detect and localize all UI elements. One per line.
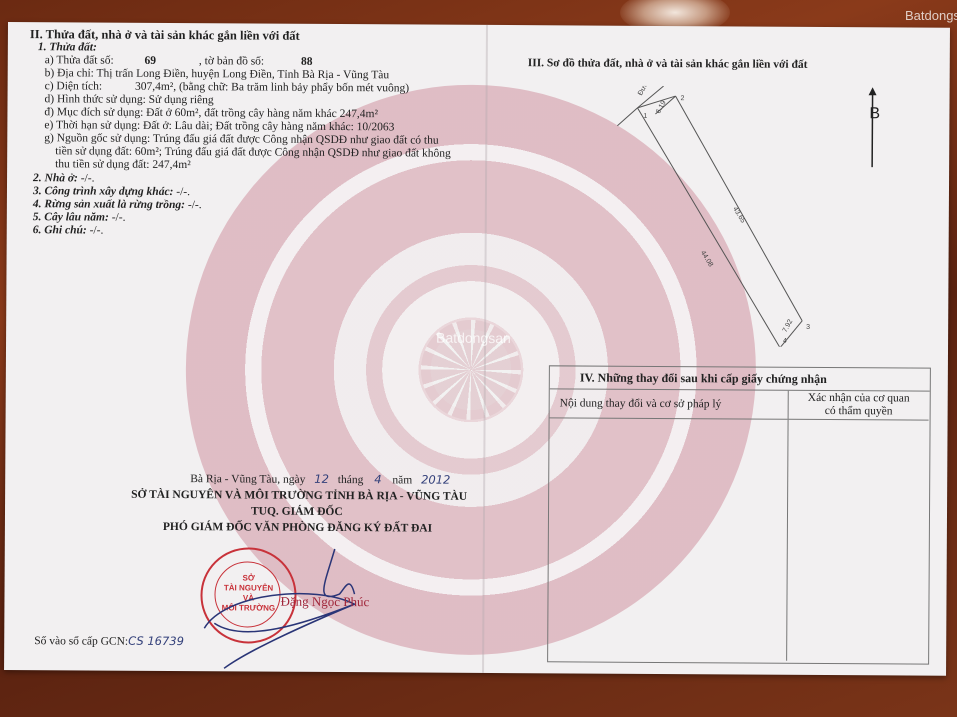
day-value: 12 — [314, 472, 329, 486]
point-3: 3 — [806, 324, 810, 331]
signer-position: PHÓ GIÁM ĐỐC VĂN PHÒNG ĐĂNG KÝ ĐẤT ĐAI — [163, 521, 432, 536]
point-4: 4 — [783, 338, 787, 345]
area-label: c) Diện tích: — [45, 80, 103, 92]
item-notes: 6. Ghi chú: -/-. — [33, 224, 451, 240]
edge-3-4: 7.92 — [782, 318, 795, 333]
col-approval-header: Xác nhận của cơ quan có thẩm quyền — [789, 391, 929, 421]
point-1: 1 — [643, 113, 647, 120]
year-value: 2012 — [421, 473, 450, 487]
section-4-title: IV. Những thay đổi sau khi cấp giấy chứn… — [550, 366, 930, 391]
changes-approval-column: Xác nhận của cơ quan có thẩm quyền — [787, 391, 929, 662]
origin-line-3: thu tiền sử dụng đất: 247,4m² — [55, 158, 451, 173]
land-certificate-page: Batdongsan II. Thửa đất, nhà ở và tài sả… — [4, 22, 950, 676]
register-number-line: Số vào sổ cấp GCN:CS 16739 — [34, 634, 184, 649]
edge-2-3: 43.65 — [731, 206, 746, 225]
month-value: 4 — [374, 472, 381, 486]
changes-content-column: Nội dung thay đổi và cơ sở pháp lý — [548, 389, 789, 660]
date-line: Bà Rịa - Vũng Tàu, ngày 12 tháng 4 năm 2… — [190, 472, 450, 488]
center-watermark: Batdongsan — [436, 330, 511, 346]
edge-1-4: 44.08 — [699, 250, 714, 269]
register-number: CS 16739 — [128, 634, 184, 648]
north-label: B — [869, 105, 880, 123]
parcel-label: a) Thửa đất số: — [45, 54, 114, 66]
map-label: , tờ bản đồ số: — [199, 55, 264, 67]
section-2: II. Thửa đất, nhà ở và tài sản khác gắn … — [29, 28, 452, 240]
issuing-org: SỞ TÀI NGUYÊN VÀ MÔI TRƯỜNG TỈNH BÀ RỊA … — [131, 489, 467, 504]
point-2: 2 — [681, 95, 685, 102]
parcel-number: 69 — [145, 55, 157, 67]
changes-table: IV. Những thay đổi sau khi cấp giấy chứn… — [547, 365, 931, 664]
road-label: Đường Hẻm — [637, 86, 662, 97]
section-3-title: III. Sơ đồ thửa đất, nhà ở và tài sản kh… — [528, 57, 808, 72]
parcel-sketch: 1 2 3 4 Đường Hẻm 6.19 43.65 44.08 7.92 — [606, 86, 848, 347]
map-number: 88 — [301, 56, 313, 68]
area-value: 307,4m², (bằng chữ: Ba trăm linh bảy phẩ… — [135, 81, 409, 95]
col-content-header: Nội dung thay đổi và cơ sở pháp lý — [550, 389, 788, 419]
watermark-logo: Batdongsan — [905, 8, 957, 23]
on-behalf: TUQ. GIÁM ĐỐC — [251, 505, 343, 519]
north-arrow-icon: B — [864, 87, 884, 167]
signer-name: Đặng Ngọc Phúc — [280, 594, 369, 611]
